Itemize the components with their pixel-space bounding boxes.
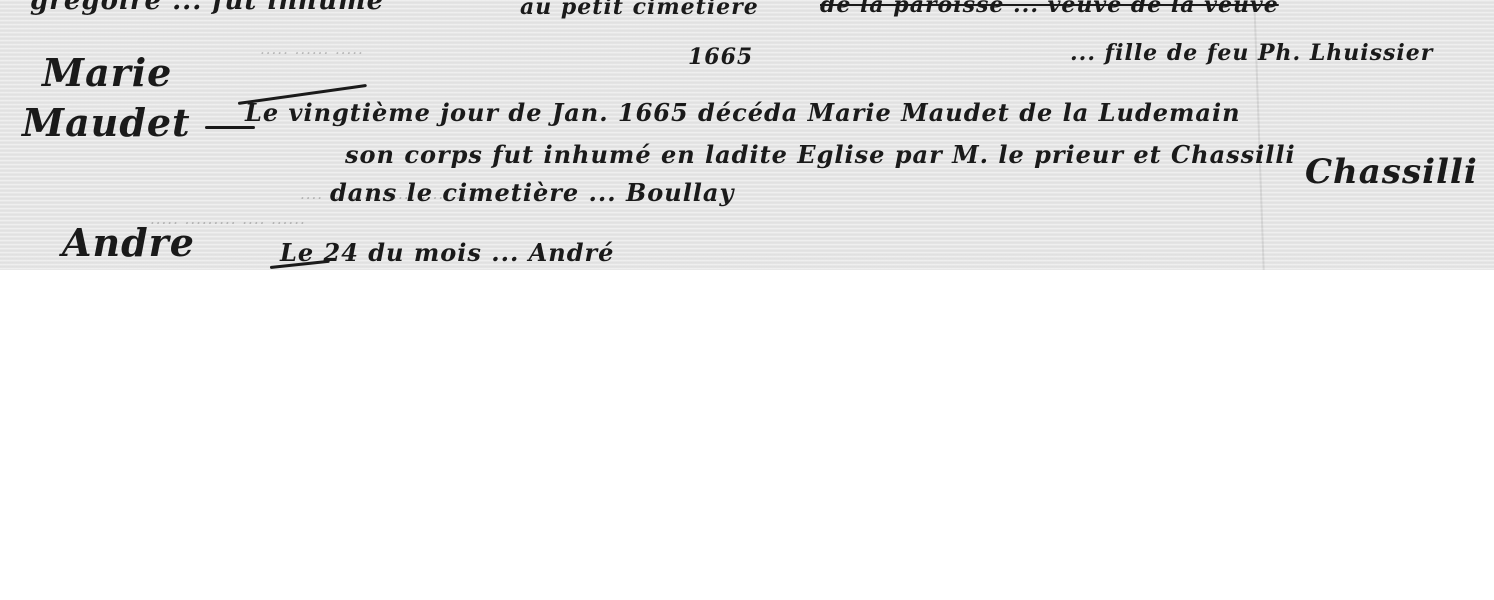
bleed-through-text: ..... ...... ..... (260, 40, 364, 58)
entry-line: son corps fut inhumé en ladite Eglise pa… (345, 140, 1296, 169)
year-annotation: 1665 (688, 44, 753, 70)
entry-line: Le 24 du mois ... André (280, 238, 614, 267)
entry-line: au petit cimetière (520, 0, 759, 20)
signature: Chassilli (1305, 152, 1478, 192)
margin-name: Maudet (22, 100, 191, 145)
register-scan: ..... ...... ..... .... ........ ...... … (0, 0, 1494, 270)
entry-line: dans le cimetière ... Boullay (330, 178, 734, 207)
entry-line-struck: de la paroisse ... veuve de la veuve (820, 0, 1279, 18)
entry-line: Le vingtième jour de Jan. 1665 décéda Ma… (245, 98, 1241, 127)
margin-name: Marie (42, 50, 172, 95)
entry-line: gregoire ... fut inhumé (30, 0, 384, 16)
entry-line: ... fille de feu Ph. Lhuissier (1070, 40, 1433, 66)
margin-name: Andre (62, 220, 195, 265)
